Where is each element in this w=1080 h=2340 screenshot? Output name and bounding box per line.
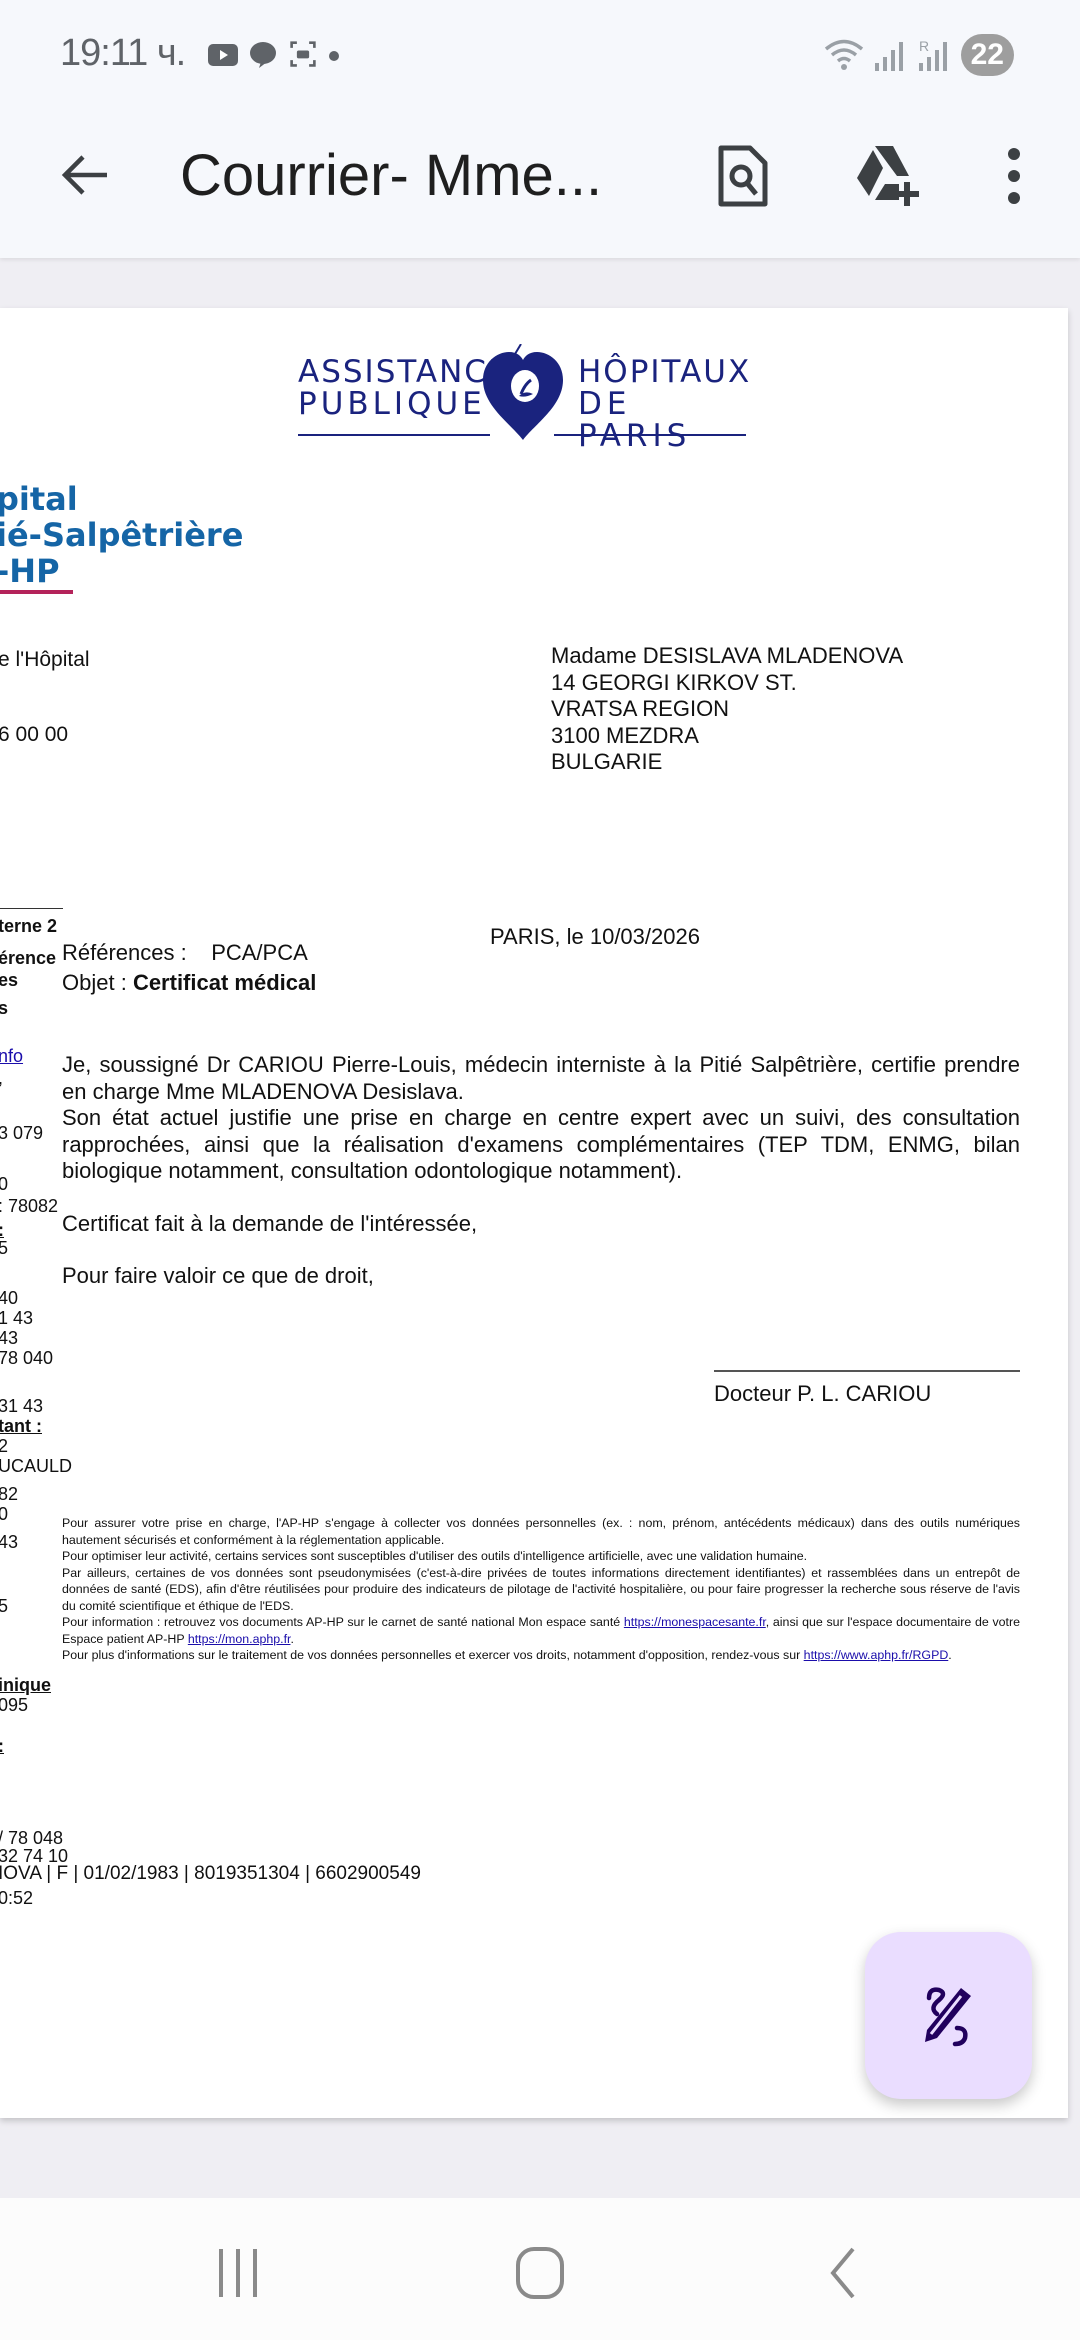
pdf-page[interactable]: ASSISTANCE PUBLIQUE HÔPITAUX DE PARIS pi… [0, 308, 1068, 2118]
left-column-text: 31 43 [0, 1396, 43, 1417]
signature-name: Docteur P. L. CARIOU [714, 1381, 931, 1407]
left-column-text: 43 [0, 1532, 18, 1553]
recipient-line: 14 GEORGI KIRKOV ST. [551, 670, 903, 697]
add-to-drive-icon [853, 144, 923, 208]
left-column-text: , [0, 1068, 3, 1089]
home-button[interactable] [500, 2238, 580, 2308]
mon-aphp-link[interactable]: https://mon.aphp.fr [188, 1632, 291, 1646]
left-column-text: 0:52 [0, 1888, 33, 1909]
left-column-text: UCAULD [0, 1456, 72, 1477]
status-time: 19:11 ч. [60, 32, 185, 75]
footer-paragraph: Pour assurer votre prise en charge, l'AP… [62, 1515, 1020, 1548]
more-vertical-icon [1004, 146, 1024, 206]
dot-icon [327, 40, 341, 68]
document-title: Courrier- Mme... [180, 142, 602, 209]
left-column-text: terne 2 [0, 916, 57, 937]
left-column-text: es [0, 970, 18, 991]
left-column-text: 82 [0, 1484, 18, 1505]
left-column-divider [0, 908, 63, 909]
chat-bubble-icon [247, 40, 279, 68]
letter-date: PARIS, le 10/03/2026 [490, 924, 700, 950]
body-paragraph: Certificat fait à la demande de l'intére… [62, 1211, 1020, 1238]
footer-paragraph: Par ailleurs, certaines de vos données s… [62, 1565, 1020, 1615]
object-label: Objet : [62, 970, 127, 995]
recent-apps-button[interactable] [198, 2238, 278, 2308]
left-column-text: 095 [0, 1695, 28, 1716]
hospital-accent-bar [0, 590, 73, 594]
annotate-fab[interactable] [865, 1932, 1032, 2099]
body-paragraph: Pour faire valoir ce que de droit, [62, 1263, 1020, 1290]
object-value: Certificat médical [133, 970, 316, 995]
footer-text: . [948, 1648, 951, 1662]
hospital-name-line: ié-Salpêtrière [0, 517, 243, 553]
notification-icons [207, 40, 341, 68]
more-options-button[interactable] [978, 140, 1050, 212]
left-column-text: 2 [0, 1436, 8, 1457]
svg-text:R: R [919, 38, 929, 54]
draw-annotate-icon [917, 1984, 981, 2048]
monespacesante-link[interactable]: https://monespacesante.fr [624, 1615, 766, 1629]
top-bar: 19:11 ч. R 22 Courrier- Mme... [0, 0, 1080, 258]
body-paragraph: Je, soussigné Dr CARIOU Pierre-Louis, mé… [62, 1052, 1020, 1105]
recipient-line: Madame DESISLAVA MLADENOVA [551, 643, 903, 670]
recipient-line: BULGARIE [551, 749, 903, 776]
left-column-text: IOVA | F | 01/02/1983 | 8019351304 | 660… [0, 1863, 421, 1885]
left-column-text: : 78082 [0, 1196, 58, 1217]
left-column-text: 0 [0, 1174, 8, 1195]
body-paragraph: Son état actuel justifie une prise en ch… [62, 1105, 1020, 1185]
pdf-viewer-screen: 19:11 ч. R 22 Courrier- Mme... [0, 0, 1080, 2340]
left-column-text: 40 [0, 1288, 18, 1309]
left-column-text: tant : [0, 1416, 42, 1437]
footer-text: Pour plus d'informations sur le traiteme… [62, 1648, 804, 1662]
home-icon [510, 2243, 570, 2303]
left-column-text: 0 [0, 1504, 8, 1525]
sender-phone: 6 00 00 [0, 723, 68, 747]
left-column-text: s [0, 998, 8, 1019]
system-icons: R 22 [823, 34, 1014, 76]
left-column-text: 1 43 [0, 1308, 33, 1329]
left-column-text: érence [0, 948, 56, 969]
battery-indicator: 22 [961, 34, 1014, 76]
footer-text: Pour information : retrouvez vos documen… [62, 1615, 624, 1629]
recipient-address: Madame DESISLAVA MLADENOVA 14 GEORGI KIR… [551, 643, 903, 776]
find-in-document-icon [716, 144, 770, 208]
recipient-line: VRATSA REGION [551, 696, 903, 723]
left-column-text: inique [0, 1675, 51, 1696]
signature-line [714, 1370, 1020, 1372]
app-bar: Courrier- Mme... [0, 120, 1080, 230]
back-button[interactable] [52, 142, 118, 208]
logo-text-hopitaux: HÔPITAUX [578, 356, 751, 388]
back-icon [817, 2243, 867, 2303]
find-in-document-button[interactable] [707, 140, 779, 212]
youtube-icon [207, 40, 239, 68]
footer-text: . [290, 1632, 293, 1646]
footer-paragraph: Pour optimiser leur activité, certains s… [62, 1548, 1020, 1565]
screenshot-icon [287, 40, 319, 68]
wifi-icon [823, 37, 865, 73]
logo-underline-right [554, 434, 746, 436]
references-value: PCA/PCA [211, 940, 308, 965]
left-column-text: 43 [0, 1328, 18, 1349]
left-column-text: 5 [0, 1238, 8, 1259]
letter-body: Je, soussigné Dr CARIOU Pierre-Louis, mé… [62, 1052, 1020, 1290]
signal-roaming-icon: R [917, 37, 953, 73]
logo-text-de-paris: DE PARIS [578, 388, 746, 452]
left-column-text: 5 [0, 1596, 8, 1617]
references-label: Références : [62, 940, 187, 965]
hospital-name-line: -HP [0, 553, 243, 589]
logo-text-publique: PUBLIQUE [298, 388, 486, 420]
signal-icon [873, 37, 909, 73]
recent-apps-icon [213, 2243, 263, 2303]
left-column-text: : [0, 1736, 4, 1757]
aphp-logo: ASSISTANCE PUBLIQUE HÔPITAUX DE PARIS [298, 352, 746, 444]
hospital-name-line: pital [0, 481, 243, 517]
arrow-left-icon [59, 149, 111, 201]
left-column-text: 78 040 [0, 1348, 53, 1369]
add-to-drive-button[interactable] [852, 140, 924, 212]
nav-back-button[interactable] [802, 2238, 882, 2308]
left-column-text: 3 079 [0, 1123, 43, 1144]
privacy-footer: Pour assurer votre prise en charge, l'AP… [62, 1515, 1020, 1664]
recipient-line: 3100 MEZDRA [551, 723, 903, 750]
sender-address-line: e l'Hôpital [0, 648, 90, 672]
logo-underline-left [298, 434, 490, 436]
left-column-link[interactable]: nfo [0, 1046, 23, 1067]
heart-bird-icon [481, 344, 565, 444]
footer-paragraph: Pour plus d'informations sur le traiteme… [62, 1647, 1020, 1664]
rgpd-link[interactable]: https://www.aphp.fr/RGPD [804, 1648, 949, 1662]
system-nav-bar [0, 2198, 1080, 2340]
footer-paragraph: Pour information : retrouvez vos documen… [62, 1614, 1020, 1647]
logo-text-assistance: ASSISTANCE [298, 356, 510, 388]
hospital-name: pital ié-Salpêtrière -HP [0, 481, 243, 589]
references-block: Références : PCA/PCA Objet : Certificat … [62, 938, 316, 998]
